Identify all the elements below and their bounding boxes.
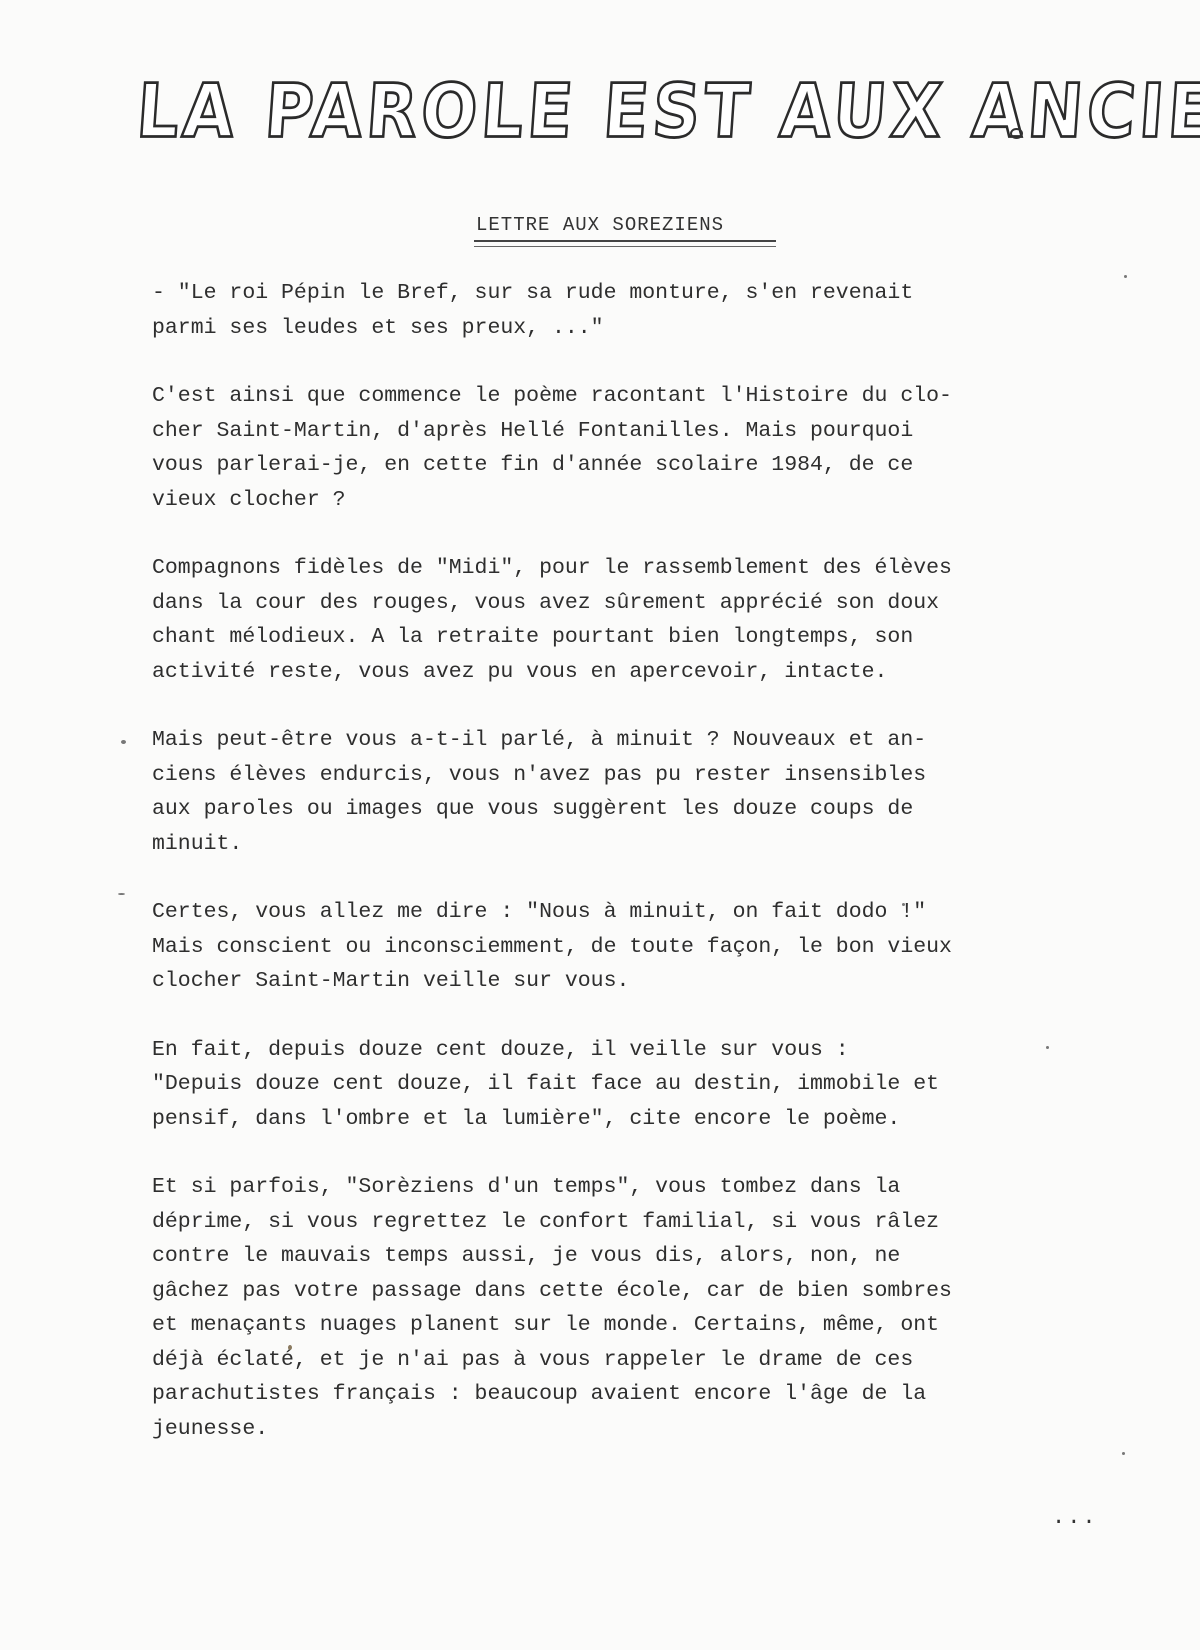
document-page: LA PAROLE EST AUX ANCIENS LETTRE AUX SOR…	[0, 0, 1200, 1650]
paragraph: Mais peut-être vous a-t-il parlé, à minu…	[152, 723, 1082, 861]
scan-speck	[1122, 1452, 1125, 1455]
text-line: ciens élèves endurcis, vous n'avez pas p…	[152, 758, 1082, 793]
text-line: Et si parfois, "Sorèziens d'un temps", v…	[152, 1170, 1082, 1205]
text-line: vous parlerai-je, en cette fin d'année s…	[152, 448, 1082, 483]
scan-speck	[1046, 1046, 1049, 1049]
text-line: gâchez pas votre passage dans cette écol…	[152, 1274, 1082, 1309]
text-line: clocher Saint-Martin veille sur vous.	[152, 964, 1082, 999]
text-line: dans la cour des rouges, vous avez sûrem…	[152, 586, 1082, 621]
text-line: parachutistes français : beaucoup avaien…	[152, 1377, 1082, 1412]
paragraph: Et si parfois, "Sorèziens d'un temps", v…	[152, 1170, 1082, 1446]
paragraph: - "Le roi Pépin le Bref, sur sa rude mon…	[152, 276, 1082, 345]
text-line: jeunesse.	[152, 1412, 1082, 1447]
paragraph: En fait, depuis douze cent douze, il vei…	[152, 1033, 1082, 1137]
scan-speck	[288, 1345, 292, 1350]
scan-speck	[1124, 275, 1127, 278]
subtitle-underline	[474, 240, 776, 247]
text-line: minuit.	[152, 827, 1082, 862]
title-period	[1010, 128, 1023, 139]
text-line: - "Le roi Pépin le Bref, sur sa rude mon…	[152, 276, 1082, 311]
scan-speck	[121, 740, 126, 744]
text-line: déprime, si vous regrettez le confort fa…	[152, 1205, 1082, 1240]
text-line: C'est ainsi que commence le poème racont…	[152, 379, 1082, 414]
text-line: et menaçants nuages planent sur le monde…	[152, 1308, 1082, 1343]
page-title: LA PAROLE EST AUX ANCIENS	[134, 68, 1040, 154]
text-line: "Depuis douze cent douze, il fait face a…	[152, 1067, 1082, 1102]
scan-speck	[118, 893, 125, 895]
text-line: Mais conscient ou inconsciemment, de tou…	[152, 930, 1082, 965]
scan-speck	[902, 903, 905, 906]
text-line: En fait, depuis douze cent douze, il vei…	[152, 1033, 1082, 1068]
text-line: Compagnons fidèles de "Midi", pour le ra…	[152, 551, 1082, 586]
text-line: Mais peut-être vous a-t-il parlé, à minu…	[152, 723, 1082, 758]
text-line: parmi ses leudes et ses preux, ..."	[152, 311, 1082, 346]
paragraph: Compagnons fidèles de "Midi", pour le ra…	[152, 551, 1082, 689]
letter-subtitle: LETTRE AUX SOREZIENS	[476, 214, 724, 236]
paragraph: C'est ainsi que commence le poème racont…	[152, 379, 1082, 517]
text-line: vieux clocher ?	[152, 483, 1082, 518]
text-line: cher Saint-Martin, d'après Hellé Fontani…	[152, 414, 1082, 449]
text-line: activité reste, vous avez pu vous en ape…	[152, 655, 1082, 690]
letter-body: - "Le roi Pépin le Bref, sur sa rude mon…	[152, 276, 1082, 1480]
paragraph: Certes, vous allez me dire : "Nous à min…	[152, 895, 1082, 999]
text-line: aux paroles ou images que vous suggèrent…	[152, 792, 1082, 827]
text-line: Certes, vous allez me dire : "Nous à min…	[152, 895, 1082, 930]
continuation-mark: ...	[1052, 1505, 1098, 1530]
text-line: contre le mauvais temps aussi, je vous d…	[152, 1239, 1082, 1274]
text-line: chant mélodieux. A la retraite pourtant …	[152, 620, 1082, 655]
text-line: pensif, dans l'ombre et la lumière", cit…	[152, 1102, 1082, 1137]
